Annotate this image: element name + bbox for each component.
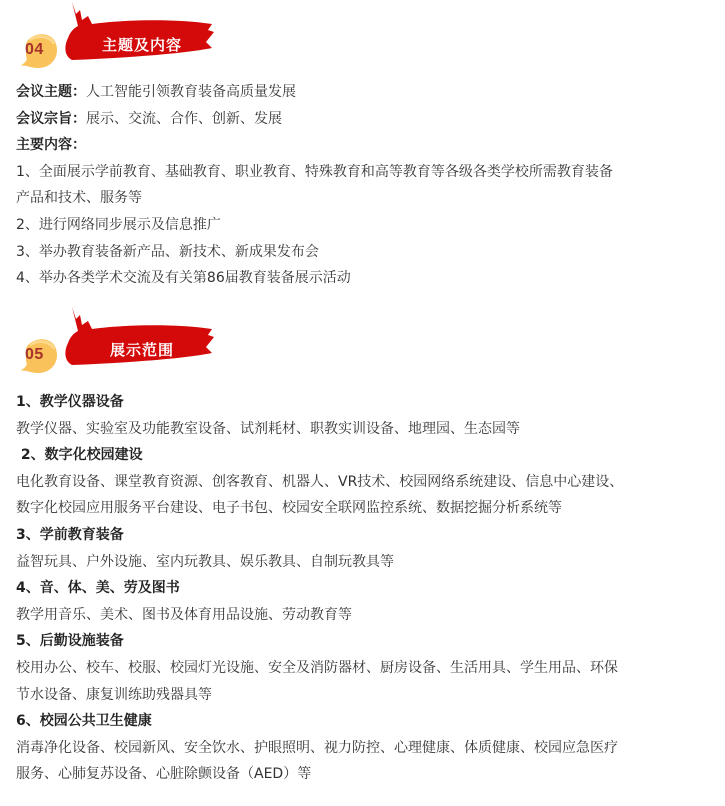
content-label: 主要内容： bbox=[16, 137, 86, 153]
category-description: 益智玩具、户外设施、室内玩教具、娱乐教具、自制玩教具等 bbox=[16, 549, 716, 576]
content-item: 4、举办各类学术交流及有关第86届教育装备展示活动 bbox=[16, 265, 716, 292]
content-row: 主要内容： bbox=[16, 132, 716, 159]
category-description: 校用办公、校车、校服、校园灯光设施、安全及消防器材、厨房设备、生活用具、学生用品… bbox=[16, 655, 716, 682]
section-title: 展示范围 bbox=[62, 339, 222, 360]
theme-label: 会议主题： bbox=[16, 84, 86, 100]
content-item: 2、进行网络同步展示及信息推广 bbox=[16, 212, 716, 239]
category-description: 教学用音乐、美术、图书及体育用品设施、劳动教育等 bbox=[16, 602, 716, 629]
section-05-header: 05 展示范围 bbox=[0, 305, 725, 385]
section-number: 04 bbox=[25, 41, 44, 59]
category-description: 节水设备、康复训练助残器具等 bbox=[16, 682, 716, 709]
section-04-header: 04 主题及内容 bbox=[0, 0, 725, 80]
category-title: 4、音、体、美、劳及图书 bbox=[16, 575, 716, 602]
purpose-label: 会议宗旨： bbox=[16, 111, 86, 127]
category-description: 消毒净化设备、校园新风、安全饮水、护眼照明、视力防控、心理健康、体质健康、校园应… bbox=[16, 735, 716, 762]
section-04-content: 会议主题：人工智能引领教育装备高质量发展 会议宗旨：展示、交流、合作、创新、发展… bbox=[16, 79, 716, 292]
category-title: 5、后勤设施装备 bbox=[16, 628, 716, 655]
theme-row: 会议主题：人工智能引领教育装备高质量发展 bbox=[16, 79, 716, 106]
content-item: 3、举办教育装备新产品、新技术、新成果发布会 bbox=[16, 239, 716, 266]
category-title: 2、数字化校园建设 bbox=[16, 442, 716, 469]
section-number-badge: 04 bbox=[18, 30, 58, 70]
category-description: 教学仪器、实验室及功能教室设备、试剂耗材、职教实训设备、地理园、生态园等 bbox=[16, 416, 716, 443]
category-title: 6、校园公共卫生健康 bbox=[16, 708, 716, 735]
section-title-banner: 主题及内容 bbox=[62, 2, 222, 72]
purpose-value: 展示、交流、合作、创新、发展 bbox=[86, 111, 282, 127]
section-title-banner: 展示范围 bbox=[62, 307, 222, 377]
purpose-row: 会议宗旨：展示、交流、合作、创新、发展 bbox=[16, 106, 716, 133]
content-item: 1、全面展示学前教育、基础教育、职业教育、特殊教育和高等教育等各级各类学校所需教… bbox=[16, 159, 716, 186]
content-item: 产品和技术、服务等 bbox=[16, 185, 716, 212]
category-title: 3、学前教育装备 bbox=[16, 522, 716, 549]
section-number-badge: 05 bbox=[18, 335, 58, 375]
category-description: 电化教育设备、课堂教育资源、创客教育、机器人、VR技术、校园网络系统建设、信息中… bbox=[16, 469, 716, 496]
category-description: 服务、心肺复苏设备、心脏除颤设备（AED）等 bbox=[16, 761, 716, 788]
category-description: 数字化校园应用服务平台建设、电子书包、校园安全联网监控系统、数据挖掘分析系统等 bbox=[16, 495, 716, 522]
section-number: 05 bbox=[25, 346, 44, 364]
section-title: 主题及内容 bbox=[62, 34, 222, 55]
section-05-content: 1、教学仪器设备 教学仪器、实验室及功能教室设备、试剂耗材、职教实训设备、地理园… bbox=[16, 389, 716, 788]
theme-value: 人工智能引领教育装备高质量发展 bbox=[86, 84, 296, 100]
category-title: 1、教学仪器设备 bbox=[16, 389, 716, 416]
